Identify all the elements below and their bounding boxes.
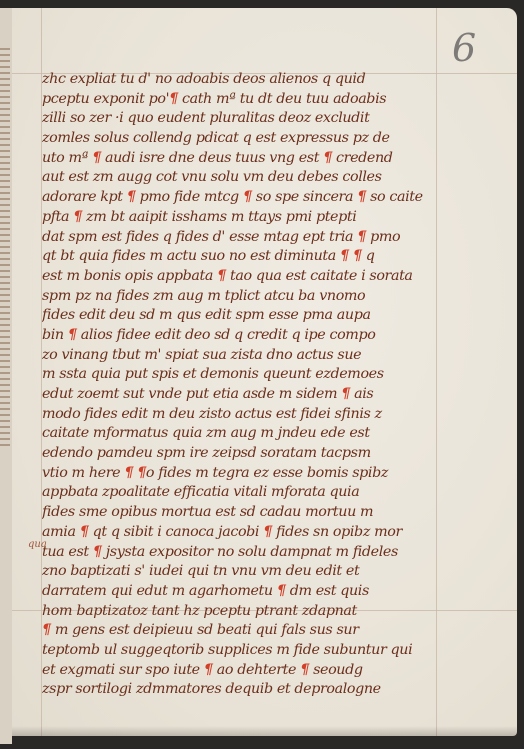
rubric-mark: ¶: [341, 386, 350, 402]
text-line: amia ¶ qt q sibit i canoca jacobi ¶ fide…: [42, 523, 454, 543]
rubric-mark: ¶: [340, 248, 349, 264]
text-line: appbata zpoalitate efficatia vitali mfor…: [42, 483, 454, 503]
rubric-mark: ¶: [68, 327, 77, 343]
text-line: dat spm est fides q fides d' esse mtag e…: [42, 228, 454, 248]
manuscript-leaf: 6 zhc expliat tu d' no adoabis deos alie…: [12, 8, 517, 736]
rubric-mark: ¶: [124, 465, 133, 481]
text-line: adorare kpt ¶ pmo fide mtcg ¶ so spe sin…: [42, 188, 454, 208]
rubric-mark: ¶: [353, 248, 362, 264]
rubric-mark: ¶: [93, 544, 102, 560]
text-line: hom baptizatoz tant hz pceptu ptrant zda…: [42, 602, 454, 622]
rubric-mark: ¶: [137, 465, 146, 481]
text-line: zspr sortilogi zdmmatores dequib et depr…: [42, 680, 454, 700]
text-line: et exgmati sur spo iute ¶ ao dehterte ¶ …: [42, 661, 454, 681]
text-line: fides sme opibus mortua est sd cadau mor…: [42, 503, 454, 523]
text-line: vtio m here ¶ ¶o fides m tegra ez esse b…: [42, 464, 454, 484]
rubric-mark: ¶: [42, 622, 51, 638]
rubric-mark: ¶: [204, 662, 213, 678]
text-line: caitate mformatus quia zm aug m jndeu ed…: [42, 424, 454, 444]
text-line: pfta ¶ zm bt aaipit isshams m ttays pmi …: [42, 208, 454, 228]
text-line: fides edit deu sd m qus edit spm esse pm…: [42, 306, 454, 326]
rubric-mark: ¶: [80, 524, 89, 540]
rubric-mark: ¶: [323, 150, 332, 166]
text-line: est m bonis opis appbata ¶ tao qua est c…: [42, 267, 454, 287]
adjacent-page-text: [0, 48, 10, 448]
text-line: tua est ¶ jsysta expositor no solu dampn…: [42, 543, 454, 563]
rubric-mark: ¶: [243, 189, 252, 205]
text-line: qt bt quia fides m actu suo no est dimin…: [42, 247, 454, 267]
margin-note: qua: [28, 539, 47, 550]
rubric-mark: ¶: [169, 91, 178, 107]
text-line: modo fides edit m deu zisto actus est fi…: [42, 405, 454, 425]
text-line: zomles solus collendg pdicat q est expre…: [42, 129, 454, 149]
text-line: pceptu exponit po'¶ cath mª tu dt deu tu…: [42, 90, 454, 110]
text-line: zilli so zer ·i quo eudent pluralitas de…: [42, 109, 454, 129]
text-line: edendo pamdeu spm ire zeipsd soratam tac…: [42, 444, 454, 464]
folio-number: 6: [452, 26, 476, 70]
text-line: aut est zm augg cot vnu solu vm deu debe…: [42, 168, 454, 188]
text-line: m ssta quia put spis et demonis queunt e…: [42, 365, 454, 385]
text-line: zo vinang tbut m' spiat sua zista dno ac…: [42, 346, 454, 366]
rubric-mark: ¶: [263, 524, 272, 540]
text-line: ¶ m gens est deipieuu sd beati qui fals …: [42, 621, 454, 641]
rubric-mark: ¶: [357, 189, 366, 205]
text-line: teptomb ul suggeqtorib supplices m fide …: [42, 641, 454, 661]
text-line: zhc expliat tu d' no adoabis deos alieno…: [42, 70, 454, 90]
text-block: zhc expliat tu d' no adoabis deos alieno…: [42, 70, 454, 700]
text-line: zno baptizati s' iudei qui tn vnu vm deu…: [42, 562, 454, 582]
text-line: darratem qui edut m agarhometu ¶ dm est …: [42, 582, 454, 602]
rubric-mark: ¶: [277, 583, 286, 599]
text-line: spm pz na fides zm aug m tplict atcu ba …: [42, 287, 454, 307]
rubric-mark: ¶: [300, 662, 309, 678]
rubric-mark: ¶: [217, 268, 226, 284]
adjacent-page-edge: [0, 8, 12, 744]
rubric-mark: ¶: [92, 150, 101, 166]
text-line: edut zoemt sut vnde put etia asde m side…: [42, 385, 454, 405]
text-line: uto mª ¶ audi isre dne deus tuus vng est…: [42, 149, 454, 169]
rubric-mark: ¶: [127, 189, 136, 205]
rubric-mark: ¶: [73, 209, 82, 225]
text-line: bin ¶ alios fidee edit deo sd q credit q…: [42, 326, 454, 346]
rubric-mark: ¶: [357, 229, 366, 245]
